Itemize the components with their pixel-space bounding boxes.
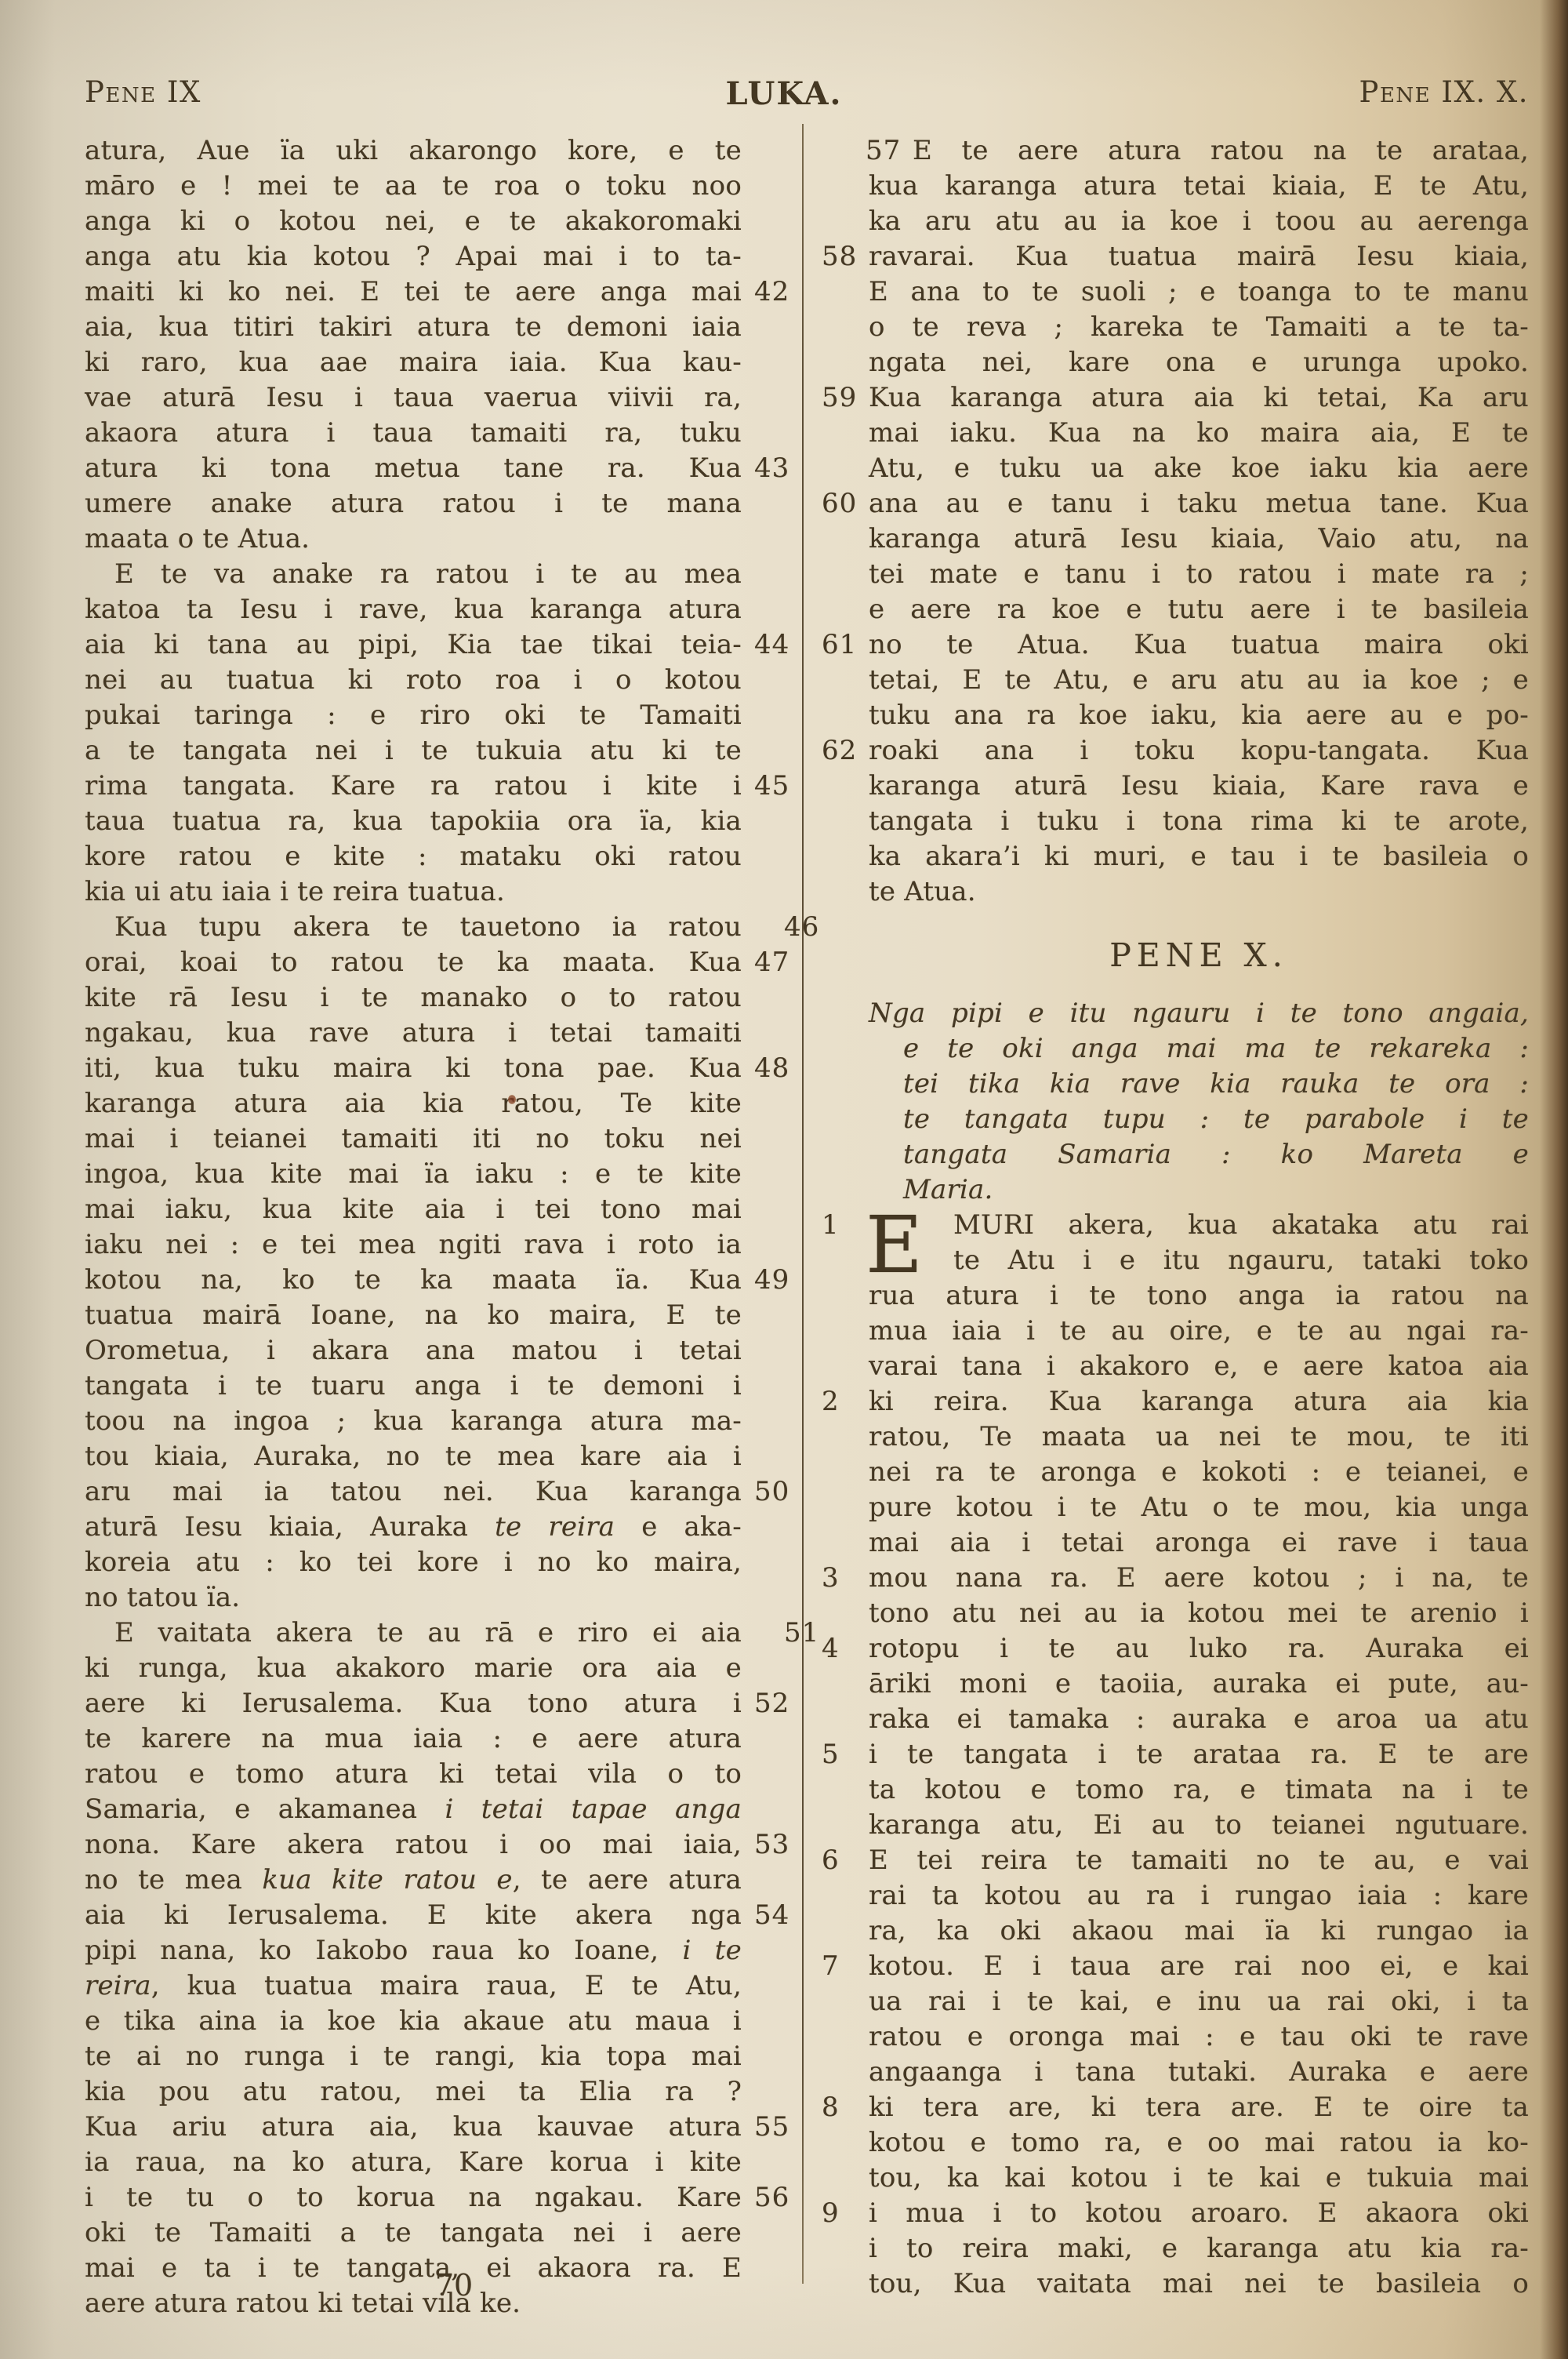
text-line: 54aia ki Ierusalema. E kite akera nga bbox=[85, 1898, 742, 1933]
text-line: ingoa, kua kite mai ïa iaku : e te kite bbox=[85, 1157, 742, 1192]
text-line: ka akara’i ki muri, e tau i te basileia … bbox=[869, 839, 1529, 874]
text-line: iaku nei : e tei mea ngiti rava i roto i… bbox=[85, 1227, 742, 1263]
text-line: toou na ingoa ; kua karanga atura ma- bbox=[85, 1404, 742, 1439]
text-line: E te va anake ra ratou i te au mea bbox=[85, 557, 742, 592]
verse-number: 57 bbox=[822, 133, 866, 169]
text-line: 7kotou. E i taua are rai noo ei, e kai bbox=[869, 1949, 1529, 1984]
verse-number: 44 bbox=[754, 627, 809, 663]
text-line: 58ravarai. Kua tuatua mairā Iesu kiaia, bbox=[869, 239, 1529, 274]
text-line: nei au tuatua ki roto roa i o kotou bbox=[85, 663, 742, 698]
text-line: ka aru atu au ia koe i toou au aerenga bbox=[869, 204, 1529, 239]
text-line: tetai, E te Atu, e aru atu au ia koe ; e bbox=[869, 663, 1529, 698]
verse-number: 6 bbox=[822, 1843, 866, 1878]
chapter-summary-line: e te oki anga mai ma te rekareka : bbox=[869, 1031, 1529, 1067]
text-line: 57E te aere atura ratou na te arataa, bbox=[869, 133, 1529, 169]
verse-number: 56 bbox=[754, 2180, 809, 2215]
text-line: 1EMURI akera, kua akataka atu rai bbox=[869, 1208, 1529, 1243]
chapter-summary-line: te tangata tupu : te parabole i te bbox=[869, 1102, 1529, 1137]
text-line: te ai no runga i te rangi, kia topa mai bbox=[85, 2039, 742, 2074]
text-line: a te tangata nei i te tukuia atu ki te bbox=[85, 733, 742, 769]
text-line: 49kotou na, ko te ka maata ïa. Kua bbox=[85, 1263, 742, 1298]
verse-number: 43 bbox=[754, 451, 809, 486]
text-line: varai tana i akakoro e, e aere katoa aia bbox=[869, 1349, 1529, 1384]
chapter-summary-line: Maria. bbox=[869, 1172, 1529, 1208]
verse-number: 55 bbox=[754, 2110, 809, 2145]
text-line: anga ki o kotou nei, e te akakoromaki bbox=[85, 204, 742, 239]
verse-number: 48 bbox=[754, 1051, 809, 1086]
text-line: vae aturā Iesu i taua vaerua viivii ra, bbox=[85, 380, 742, 416]
text-line: 47orai, koai to ratou te ka maata. Kua bbox=[85, 945, 742, 980]
verse-number: 52 bbox=[754, 1686, 809, 1721]
verse-number: 60 bbox=[822, 486, 866, 522]
text-line: karanga aturā Iesu kiaia, Vaio atu, na bbox=[869, 522, 1529, 557]
text-line: 62roaki ana i toku kopu-tangata. Kua bbox=[869, 733, 1529, 769]
running-head: Pene IX LUKA. Pene IX. X. bbox=[0, 75, 1568, 114]
verse-number: 42 bbox=[754, 274, 809, 310]
text-line: ratou, Te maata ua nei te mou, te iti bbox=[869, 1419, 1529, 1455]
text-line: tuatua mairā Ioane, na ko maira, E te bbox=[85, 1298, 742, 1333]
text-line: raka ei tamaka : auraka e aroa ua atu bbox=[869, 1702, 1529, 1737]
text-line: nei ra te aronga e kokoti : e teianei, e bbox=[869, 1455, 1529, 1490]
text-line: te Atu i e itu ngauru, tataki toko bbox=[869, 1243, 1529, 1278]
text-line: 59Kua karanga atura aia ki tetai, Ka aru bbox=[869, 380, 1529, 416]
text-line: karanga atura aia kia ratou, Te kite bbox=[85, 1086, 742, 1121]
text-line: 44aia ki tana au pipi, Kia tae tikai tei… bbox=[85, 627, 742, 663]
text-line: Samaria, e akamanea i tetai tapae anga bbox=[85, 1792, 742, 1827]
text-line: no tatou ïa. bbox=[85, 1580, 742, 1616]
text-line: mai iaku, kua kite aia i tei tono mai bbox=[85, 1192, 742, 1227]
verse-number: 2 bbox=[822, 1384, 866, 1419]
text-line: 2ki reira. Kua karanga atura aia kia bbox=[869, 1384, 1529, 1419]
chapter-summary-line: tangata Samaria : ko Mareta e bbox=[869, 1137, 1529, 1172]
text-line: tangata i tuku i tona rima ki te arote, bbox=[869, 804, 1529, 839]
text-line: pure kotou i te Atu o te mou, kia unga bbox=[869, 1490, 1529, 1525]
text-line: kite rā Iesu i te manako o to ratou bbox=[85, 980, 742, 1016]
text-line: E ana to te suoli ; e toanga to te manu bbox=[869, 274, 1529, 310]
right-text-column: 57E te aere atura ratou na te arataa,kua… bbox=[869, 133, 1529, 2302]
chapter-summary-line: tei tika kia rave kia rauka te ora : bbox=[869, 1067, 1529, 1102]
text-line: aturā Iesu kiaia, Auraka te reira e aka- bbox=[85, 1510, 742, 1545]
text-line: ua rai i te kai, e inu ua rai oki, i ta bbox=[869, 1984, 1529, 2019]
page-number: 70 bbox=[125, 2268, 782, 2303]
text-line: ngakau, kua rave atura i tetai tamaiti bbox=[85, 1016, 742, 1051]
verse-number: 54 bbox=[754, 1898, 809, 1933]
text-line: tuku ana ra koe iaku, kia aere au e po- bbox=[869, 698, 1529, 733]
ink-blemish bbox=[508, 1095, 516, 1104]
text-line: māro e ! mei te aa te roa o toku noo bbox=[85, 169, 742, 204]
verse-number: 9 bbox=[822, 2196, 866, 2231]
text-line: e tika aina ia koe kia akaue atu maua i bbox=[85, 2004, 742, 2039]
text-line: 45rima tangata. Kare ra ratou i kite i bbox=[85, 769, 742, 804]
text-line: ratou e tomo atura ki tetai vila o to bbox=[85, 1757, 742, 1792]
text-line: pipi nana, ko Iakobo raua ko Ioane, i te bbox=[85, 1933, 742, 1968]
text-line: tono atu nei au ia kotou mei te arenio i bbox=[869, 1596, 1529, 1631]
text-line: kia ui atu iaia i te reira tuatua. bbox=[85, 874, 742, 910]
text-line: 52aere ki Ierusalema. Kua tono atura i bbox=[85, 1686, 742, 1721]
text-line: kia pou atu ratou, mei ta Elia ra ? bbox=[85, 2074, 742, 2110]
text-line: 4rotopu i te au luko ra. Auraka ei bbox=[869, 1631, 1529, 1667]
text-line: 8ki tera are, ki tera are. E te oire ta bbox=[869, 2090, 1529, 2125]
text-line: tou, Kua vaitata mai nei te basileia o bbox=[869, 2266, 1529, 2302]
text-line: ta kotou e tomo ra, e timata na i te bbox=[869, 1772, 1529, 1808]
text-line: koreia atu : ko tei kore i no ko maira, bbox=[85, 1545, 742, 1580]
text-line: i to reira maki, e karanga atu kia ra- bbox=[869, 2231, 1529, 2266]
verse-number: 53 bbox=[754, 1827, 809, 1863]
verse-number: 45 bbox=[754, 769, 809, 804]
text-line: katoa ta Iesu i rave, kua karanga atura bbox=[85, 592, 742, 627]
verse-number: 59 bbox=[822, 380, 866, 416]
verse-number: 51 bbox=[754, 1616, 809, 1651]
text-line: 61no te Atua. Kua tuatua maira oki bbox=[869, 627, 1529, 663]
text-line: karanga aturā Iesu kiaia, Kare rava e bbox=[869, 769, 1529, 804]
text-line: karanga atu, Ei au to teianei ngutuare. bbox=[869, 1808, 1529, 1843]
text-line: reira, kua tuatua maira raua, E te Atu, bbox=[85, 1968, 742, 2004]
text-line: mua iaia i te au oire, e te au ngai ra- bbox=[869, 1314, 1529, 1349]
text-line: oki te Tamaiti a te tangata nei i aere bbox=[85, 2215, 742, 2251]
text-line: ki runga, kua akakoro marie ora aia e bbox=[85, 1651, 742, 1686]
text-line: 3mou nana ra. E aere kotou ; i na, te bbox=[869, 1561, 1529, 1596]
text-line: 60ana au e tanu i taku metua tane. Kua bbox=[869, 486, 1529, 522]
verse-number: 62 bbox=[822, 733, 866, 769]
text-line: no te mea kua kite ratou e, te aere atur… bbox=[85, 1863, 742, 1898]
text-line: mai i teianei tamaiti iti no toku nei bbox=[85, 1121, 742, 1157]
left-text-column: atura, Aue ïa uki akarongo kore, e temār… bbox=[85, 133, 742, 2321]
text-line: ia raua, na ko atura, Kare korua i kite bbox=[85, 2145, 742, 2180]
text-line: e aere ra koe e tutu aere i te basileia bbox=[869, 592, 1529, 627]
text-line: Orometua, i akara ana matou i tetai bbox=[85, 1333, 742, 1369]
text-line: 42maiti ki ko nei. E tei te aere anga ma… bbox=[85, 274, 742, 310]
text-line: mai iaku. Kua na ko maira aia, E te bbox=[869, 416, 1529, 451]
text-line: mai aia i tetai aronga ei rave i taua bbox=[869, 1525, 1529, 1561]
verse-number: 4 bbox=[822, 1631, 866, 1667]
text-line: ra, ka oki akaou mai ïa ki rungao ia bbox=[869, 1914, 1529, 1949]
chapter-summary-line: Nga pipi e itu ngauru i te tono angaia, bbox=[869, 996, 1529, 1031]
running-head-right: Pene IX. X. bbox=[1359, 75, 1529, 109]
verse-number: 50 bbox=[754, 1474, 809, 1510]
text-line: Atu, e tuku ua ake koe iaku kia aere bbox=[869, 451, 1529, 486]
text-line: 50aru mai ia tatou nei. Kua karanga bbox=[85, 1474, 742, 1510]
text-line: 53nona. Kare akera ratou i oo mai iaia, bbox=[85, 1827, 742, 1863]
text-line: 56i te tu o to korua na ngakau. Kare bbox=[85, 2180, 742, 2215]
text-line: o te reva ; kareka te Tamaiti a te ta- bbox=[869, 310, 1529, 345]
text-line: aia, kua titiri takiri atura te demoni i… bbox=[85, 310, 742, 345]
chapter-heading: PENE X. bbox=[869, 910, 1529, 996]
text-line: kore ratou e kite : mataku oki ratou bbox=[85, 839, 742, 874]
text-line: te karere na mua iaia : e aere atura bbox=[85, 1721, 742, 1757]
verse-number: 7 bbox=[822, 1949, 866, 1984]
verse-number: 47 bbox=[754, 945, 809, 980]
text-line: 43atura ki tona metua tane ra. Kua bbox=[85, 451, 742, 486]
verse-number: 3 bbox=[822, 1561, 866, 1596]
text-line: tangata i te tuaru anga i te demoni i bbox=[85, 1369, 742, 1404]
text-line: 6E tei reira te tamaiti no te au, e vai bbox=[869, 1843, 1529, 1878]
text-line: 51E vaitata akera te au rā e riro ei aia bbox=[85, 1616, 742, 1651]
text-line: āriki moni e taoiia, auraka ei pute, au- bbox=[869, 1667, 1529, 1702]
text-line: 5i te tangata i te arataa ra. E te are bbox=[869, 1737, 1529, 1772]
text-line: tou, ka kai kotou i te kai e tukuia mai bbox=[869, 2161, 1529, 2196]
text-line: taua tuatua ra, kua tapokiia ora ïa, kia bbox=[85, 804, 742, 839]
text-line: akaora atura i taua tamaiti ra, tuku bbox=[85, 416, 742, 451]
text-line: anga atu kia kotou ? Apai mai i to ta- bbox=[85, 239, 742, 274]
running-head-center: LUKA. bbox=[0, 75, 1568, 112]
text-line: rai ta kotou au ra i rungao iaia : kare bbox=[869, 1878, 1529, 1914]
text-line: pukai taringa : e riro oki te Tamaiti bbox=[85, 698, 742, 733]
scanned-book-page: Pene IX LUKA. Pene IX. X. atura, Aue ïa … bbox=[0, 0, 1568, 2359]
verse-number: 5 bbox=[822, 1737, 866, 1772]
text-line: atura, Aue ïa uki akarongo kore, e te bbox=[85, 133, 742, 169]
text-line: tei mate e tanu i to ratou i mate ra ; bbox=[869, 557, 1529, 592]
text-line: angaanga i tana tutaki. Auraka e aere bbox=[869, 2055, 1529, 2090]
verse-number: 49 bbox=[754, 1263, 809, 1298]
text-line: 9i mua i to kotou aroaro. E akaora oki bbox=[869, 2196, 1529, 2231]
text-line: umere anake atura ratou i te mana bbox=[85, 486, 742, 522]
text-line: 46Kua tupu akera te tauetono ia ratou bbox=[85, 910, 742, 945]
column-divider-rule bbox=[802, 124, 804, 2284]
verse-number: 61 bbox=[822, 627, 866, 663]
text-line: ratou e oronga mai : e tau oki te rave bbox=[869, 2019, 1529, 2055]
text-line: kotou e tomo ra, e oo mai ratou ia ko- bbox=[869, 2125, 1529, 2161]
text-line: tou kiaia, Auraka, no te mea kare aia i bbox=[85, 1439, 742, 1474]
text-line: kua karanga atura tetai kiaia, E te Atu, bbox=[869, 169, 1529, 204]
text-line: 48iti, kua tuku maira ki tona pae. Kua bbox=[85, 1051, 742, 1086]
text-line: rua atura i te tono anga ia ratou na bbox=[869, 1278, 1529, 1314]
text-line: ki raro, kua aae maira iaia. Kua kau- bbox=[85, 345, 742, 380]
verse-number: 1 bbox=[822, 1208, 866, 1243]
verse-number: 58 bbox=[822, 239, 866, 274]
text-line: te Atua. bbox=[869, 874, 1529, 910]
text-line: ngata nei, kare ona e urunga upoko. bbox=[869, 345, 1529, 380]
verse-number: 46 bbox=[754, 910, 809, 945]
text-line: maata o te Atua. bbox=[85, 522, 742, 557]
verse-number: 8 bbox=[822, 2090, 866, 2125]
text-line: 55Kua ariu atura aia, kua kauvae atura bbox=[85, 2110, 742, 2145]
